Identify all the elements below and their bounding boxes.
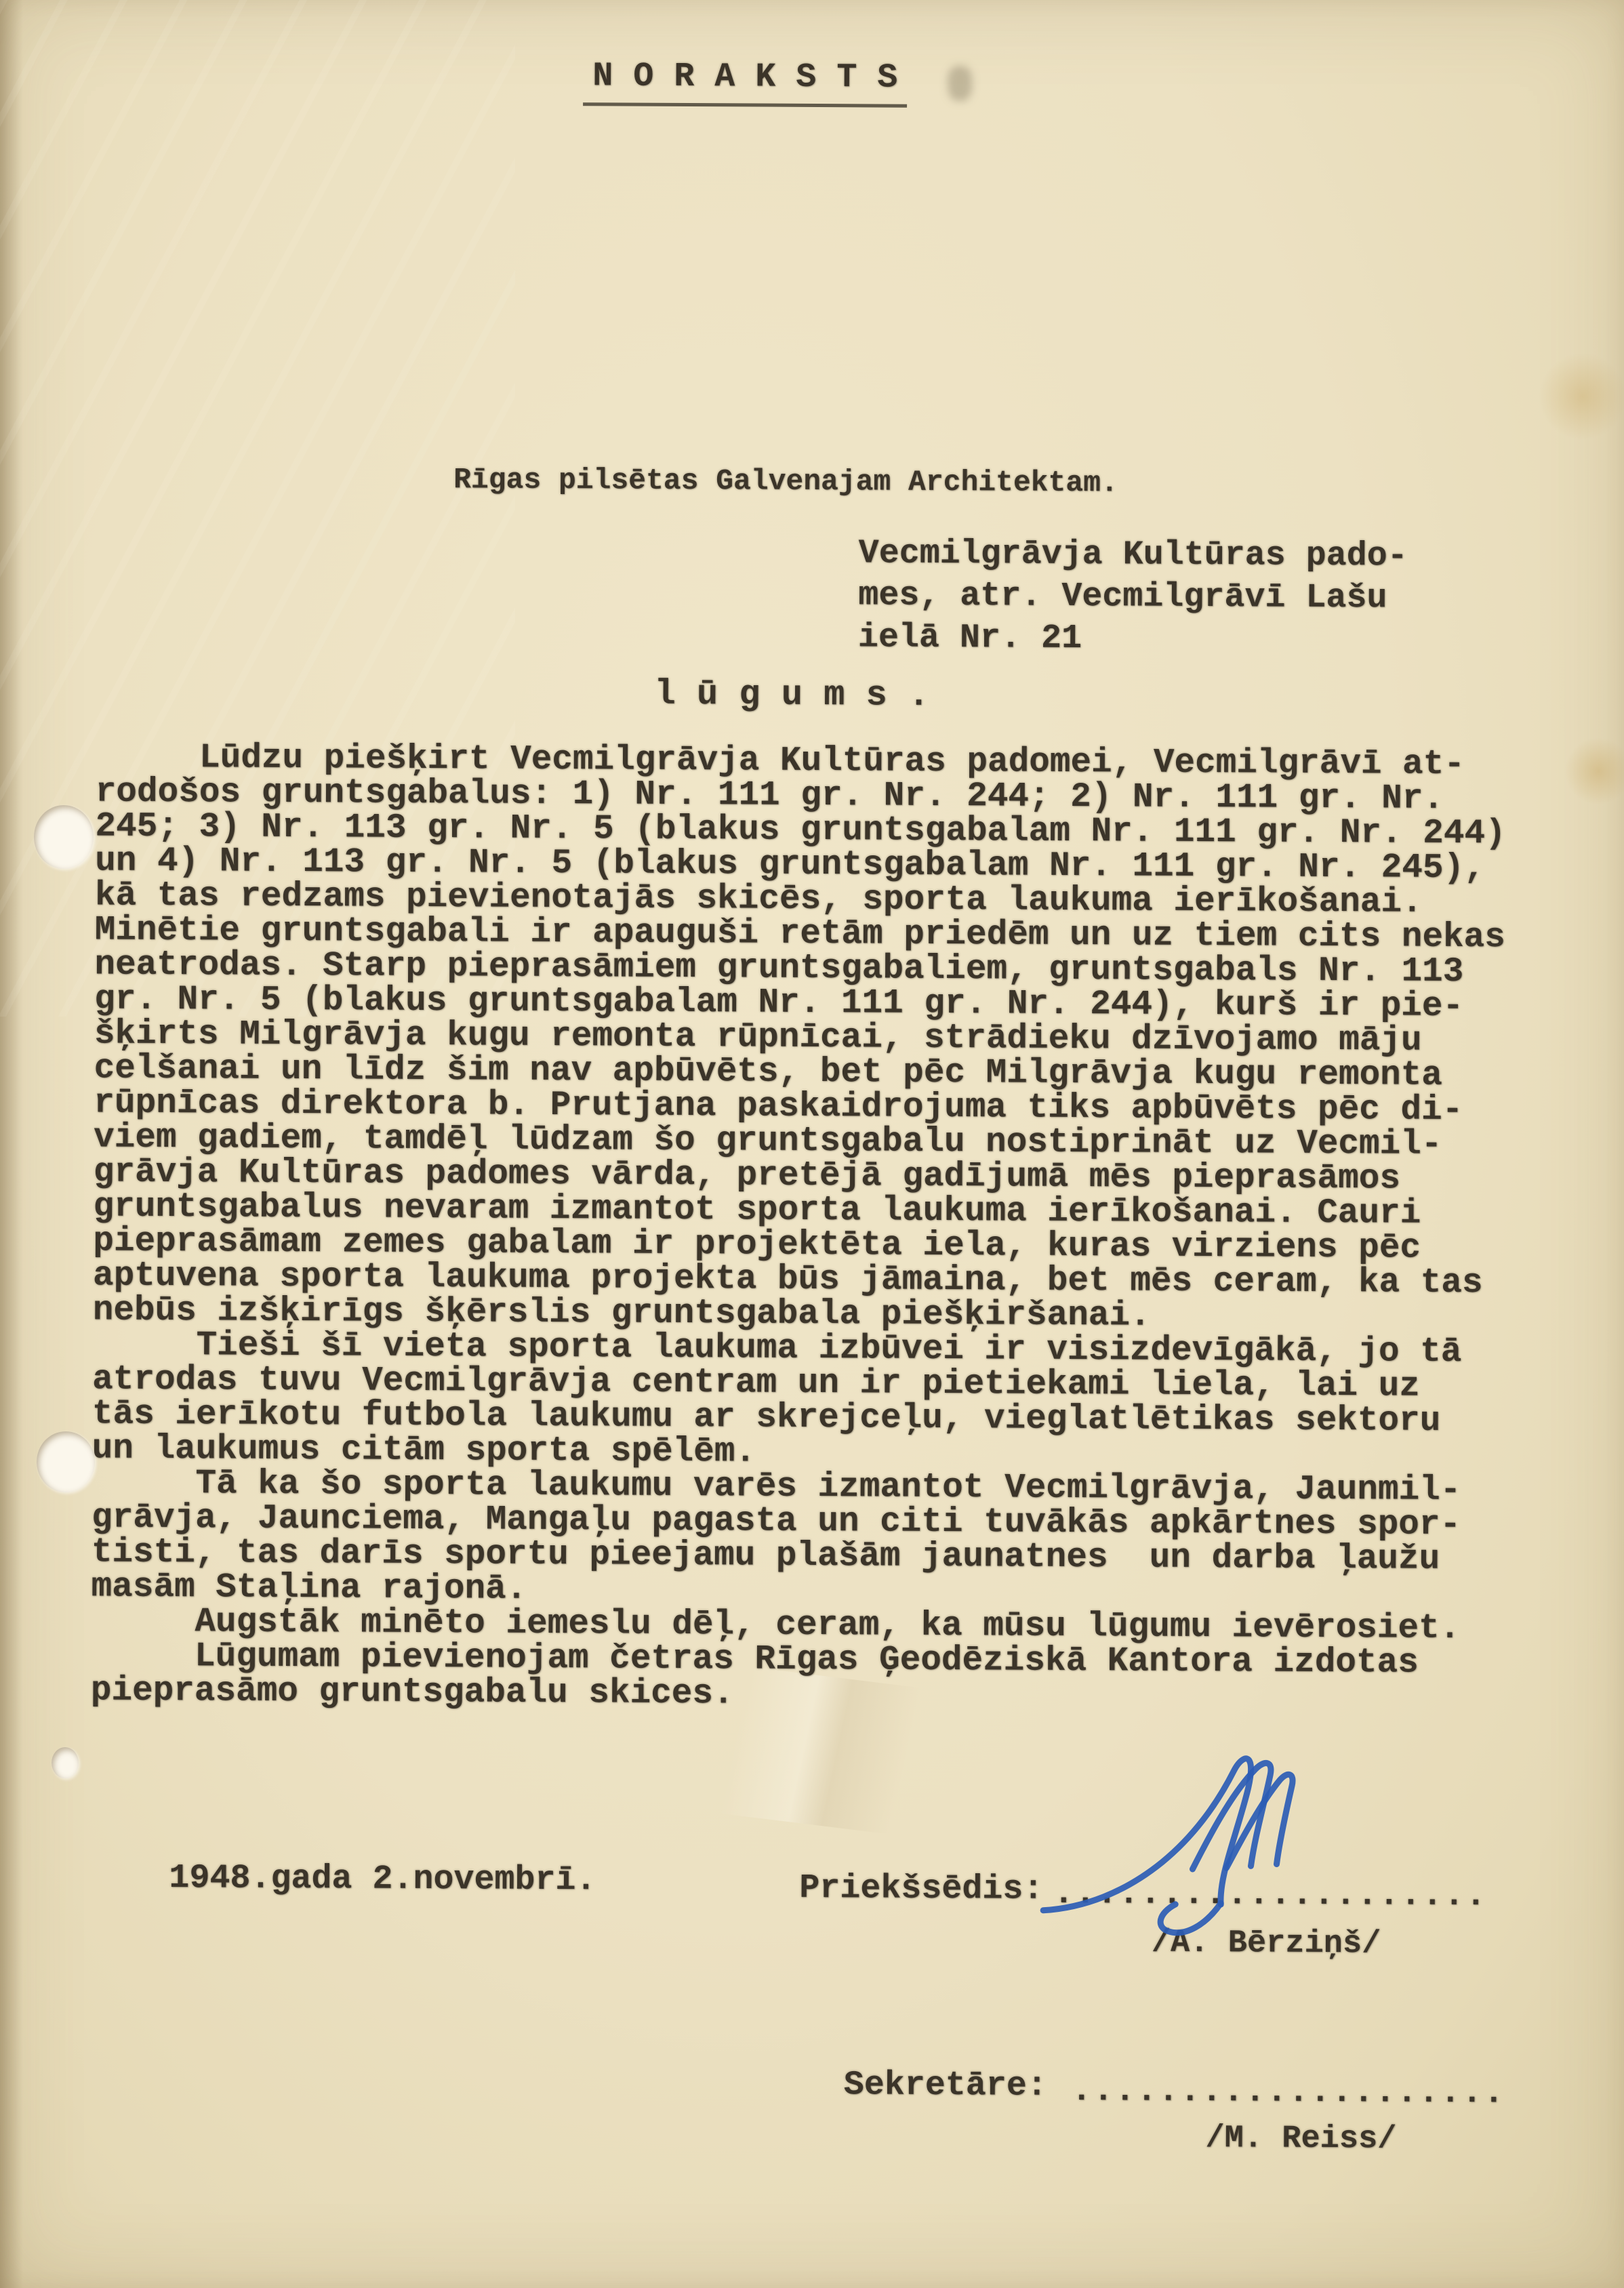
addressee-line: Rīgas pilsētas Galvenajam Architektam. [453, 463, 1118, 499]
letter-body: Lūdzu piešķirt Vecmilgrāvja Kultūras pad… [91, 740, 1507, 1715]
chairman-label: Priekšsēdis: [799, 1869, 1043, 1909]
typewritten-content: N O R A K S T S Rīgas pilsētas Galvenaja… [0, 0, 1624, 2288]
chairman-dotted-line: .................... [1053, 1875, 1487, 1915]
date-line: 1948.gada 2.novembrī. [169, 1859, 596, 1900]
document-page: N O R A K S T S Rīgas pilsētas Galvenaja… [0, 0, 1624, 2288]
request-heading: l ū g u m s . [654, 674, 929, 716]
ink-smudge [948, 66, 972, 101]
secretary-dotted-line: .................... [1072, 2072, 1505, 2112]
sender-address-block: Vecmilgrāvja Kultūras pado- mes, atr. Ve… [858, 533, 1408, 661]
document-title: N O R A K S T S [583, 57, 907, 108]
secretary-label: Sekretāre: [844, 2066, 1047, 2106]
chairman-name: /A. Bērziņš/ [1152, 1925, 1381, 1963]
secretary-name: /M. Reiss/ [1205, 2121, 1396, 2157]
